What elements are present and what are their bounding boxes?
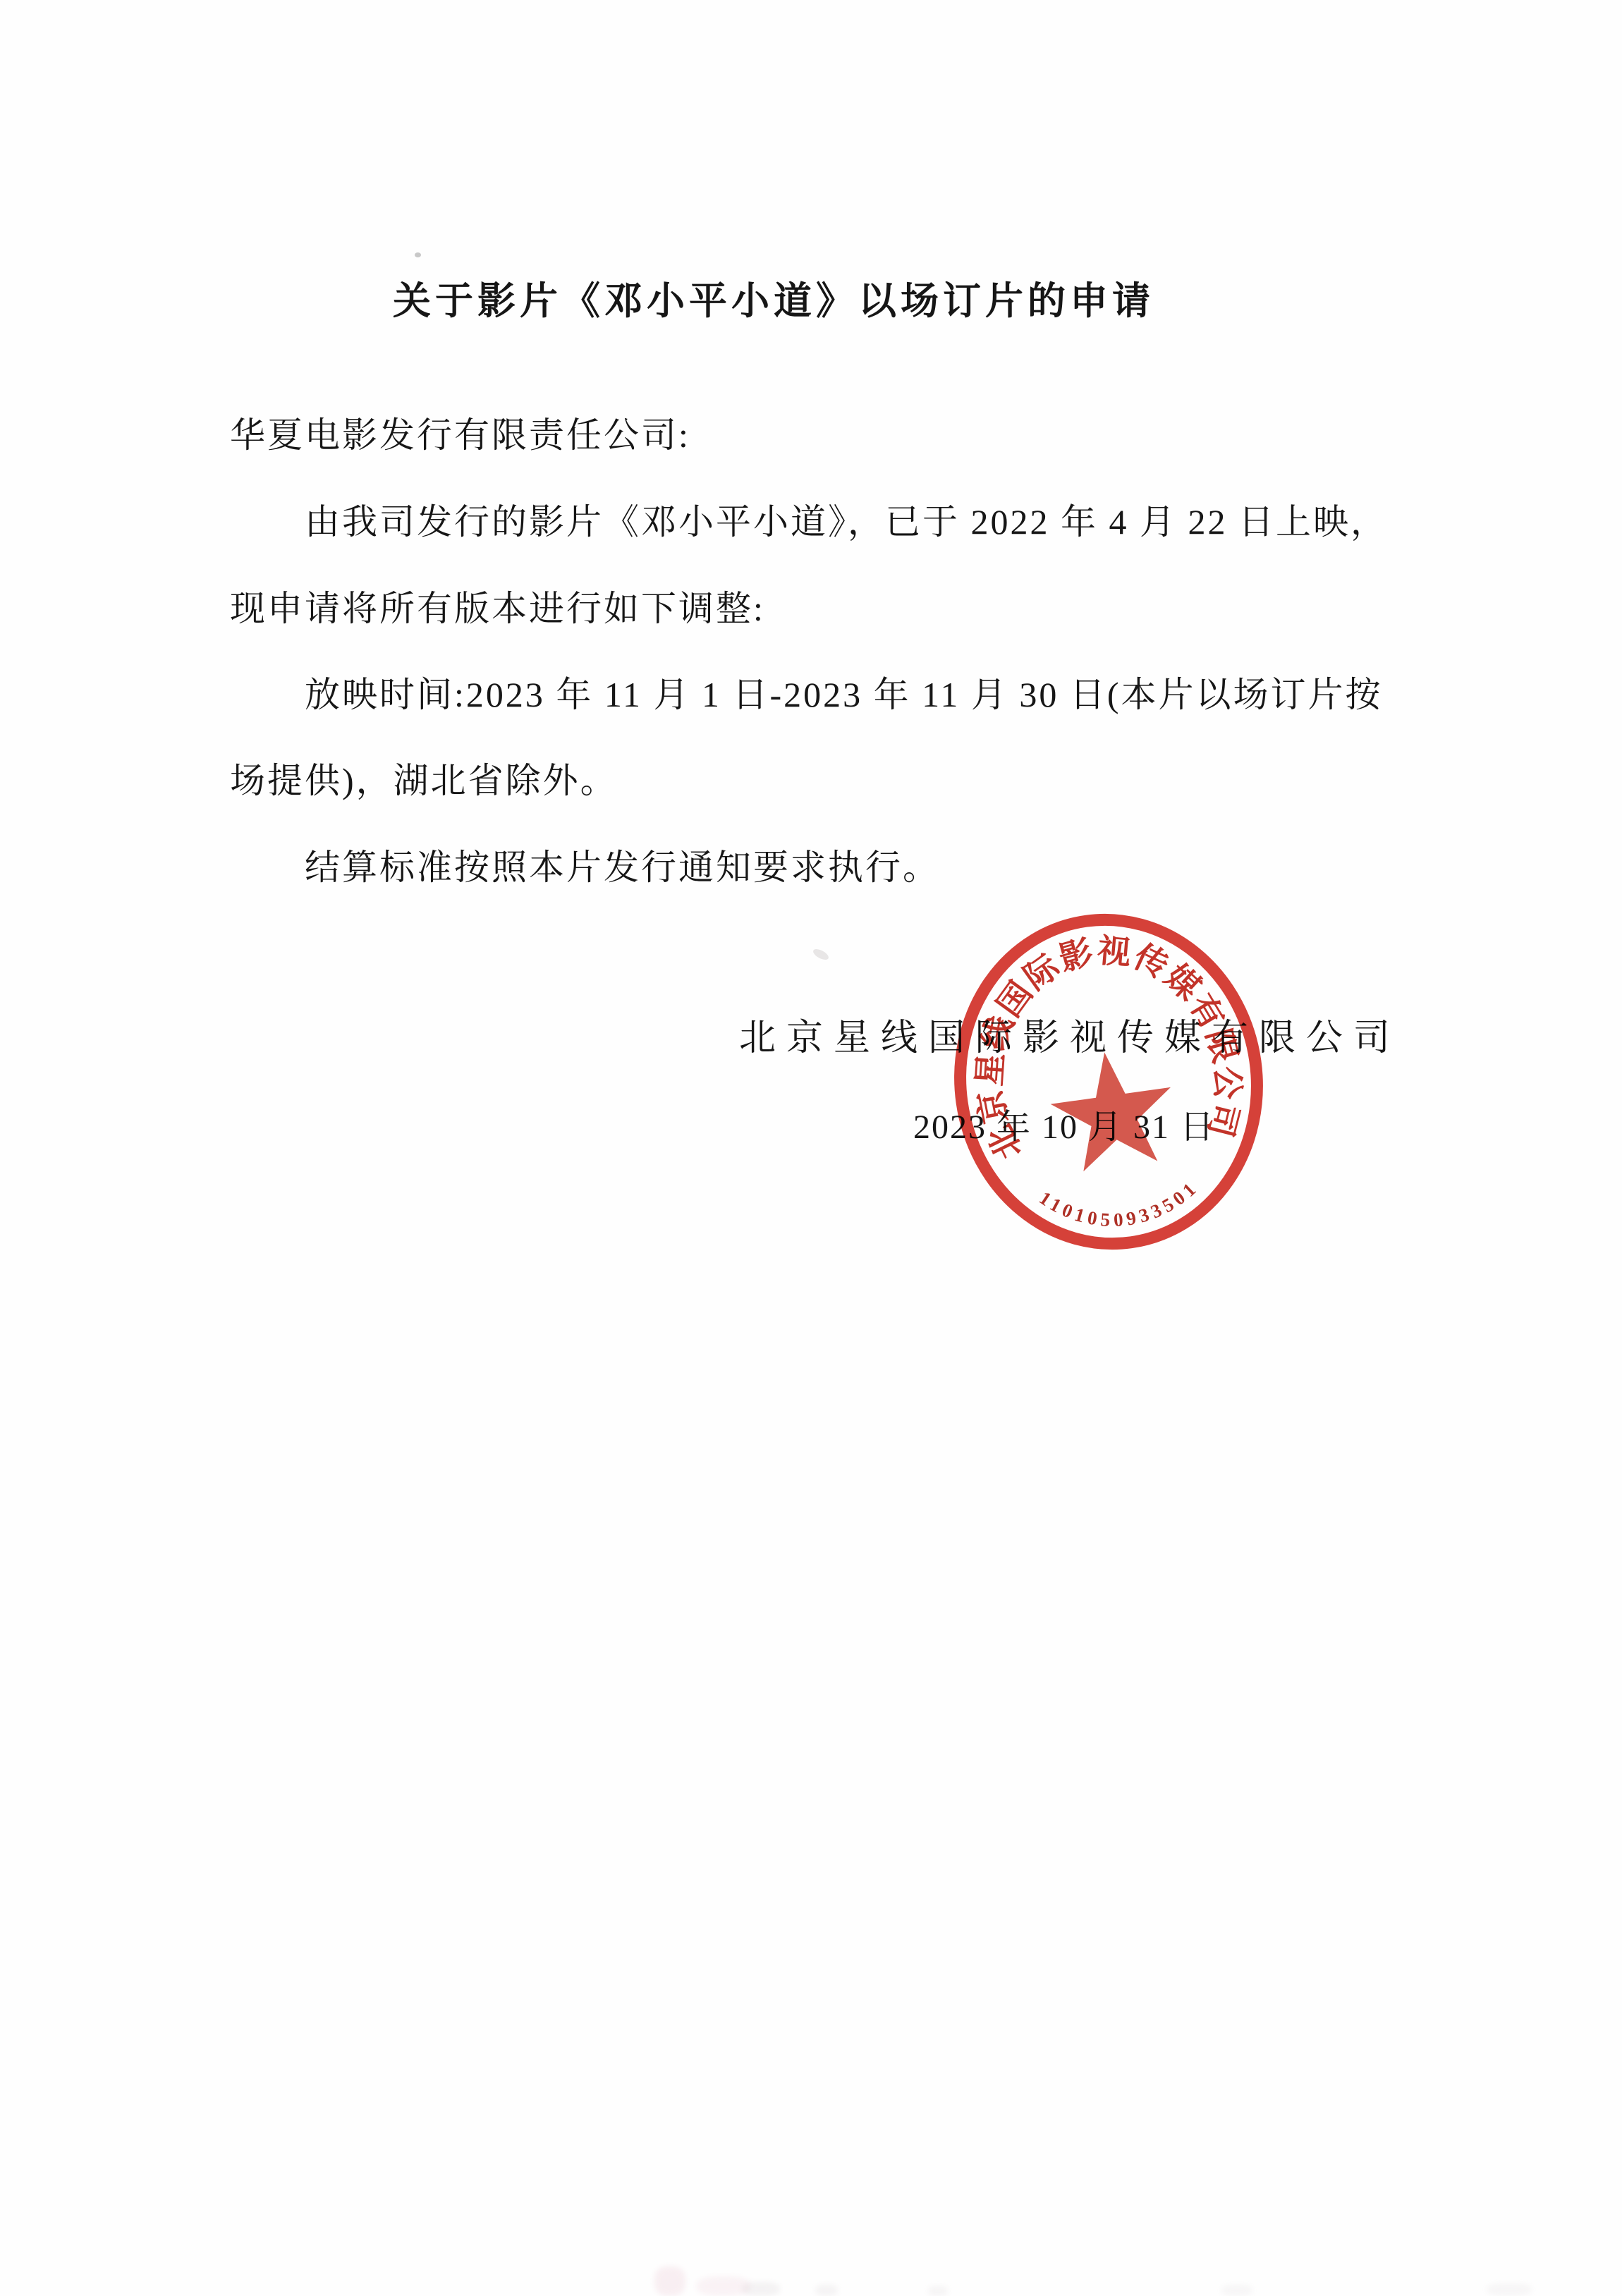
body-line: 现申请将所有版本进行如下调整: <box>230 591 765 626</box>
scan-smudge <box>1221 2285 1252 2296</box>
scan-speck <box>415 252 421 257</box>
scan-smudge <box>742 2282 780 2296</box>
salutation-line: 华夏电影发行有限责任公司: <box>230 417 690 453</box>
scan-smudge <box>1487 2283 1532 2296</box>
page-title: 关于影片《邓小平小道》以场订片的申请 <box>393 282 1154 320</box>
scan-smudge <box>815 2285 838 2296</box>
body-line: 场提供)，湖北省除外。 <box>230 763 618 798</box>
seal-star-icon <box>1044 1044 1181 1174</box>
body-line: 放映时间:2023 年 11 月 1 日-2023 年 11 月 30 日(本片… <box>305 677 1382 712</box>
body-line: 结算标准按照本片发行通知要求执行。 <box>305 850 940 885</box>
scan-smudge <box>928 2286 948 2296</box>
scan-speck <box>812 947 830 962</box>
scan-smudge <box>654 2266 685 2296</box>
body-line: 由我司发行的影片《邓小平小道》，已于 2022 年 4 月 22 日上映， <box>305 504 1388 539</box>
company-seal: 北京星线国际影视传媒有限公司 1101050933501 <box>944 904 1274 1260</box>
scanned-letter-page: 关于影片《邓小平小道》以场订片的申请 华夏电影发行有限责任公司: 由我司发行的影… <box>0 0 1622 2296</box>
